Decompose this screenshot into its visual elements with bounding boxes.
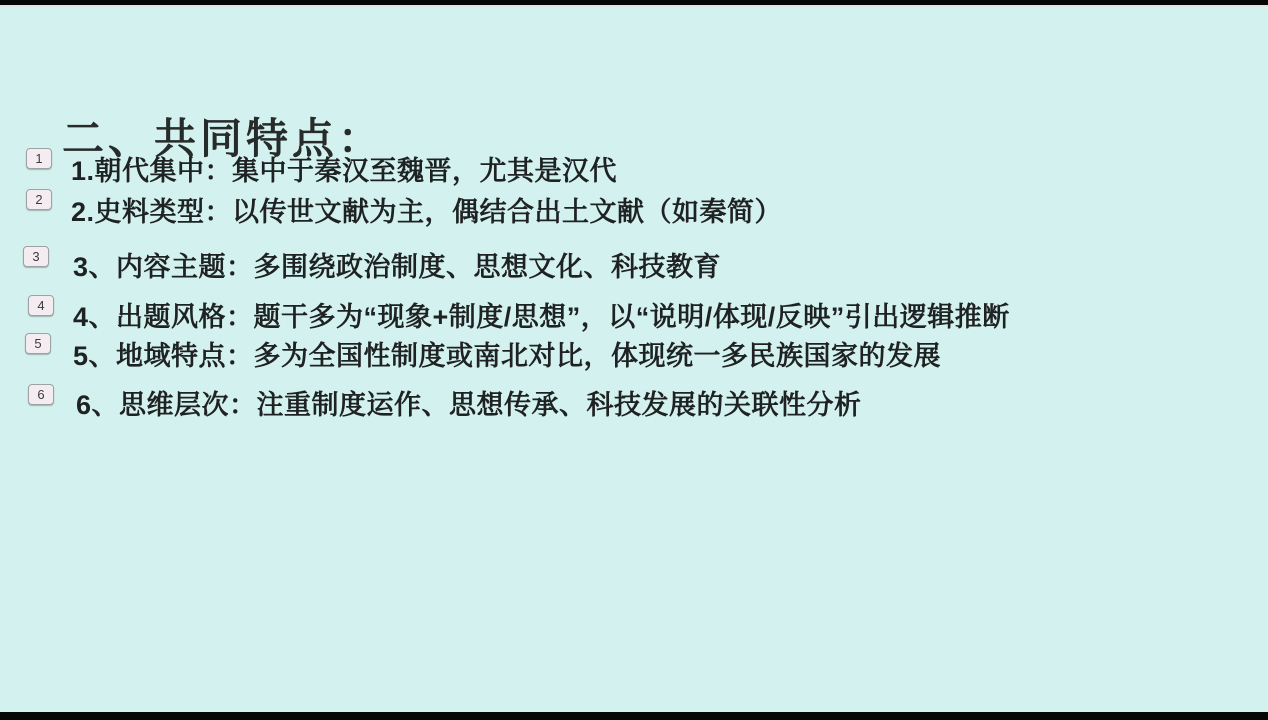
annotation-marker-1[interactable]: 1 — [26, 148, 52, 169]
annotation-marker-3[interactable]: 3 — [23, 246, 49, 267]
top-edge-highlight — [0, 5, 1268, 7]
annotation-marker-4[interactable]: 4 — [28, 295, 54, 316]
annotation-marker-2[interactable]: 2 — [26, 189, 52, 210]
list-item-5: 5、地域特点：多为全国性制度或南北对比，体现统一多民族国家的发展 — [73, 334, 941, 373]
annotation-marker-6[interactable]: 6 — [28, 384, 54, 405]
list-item-4: 4、出题风格：题干多为“现象+制度/思想”，以“说明/体现/反映”引出逻辑推断 — [73, 295, 1010, 334]
list-item-6: 6、思维层次：注重制度运作、思想传承、科技发展的关联性分析 — [76, 383, 862, 422]
list-item-3: 3、内容主题：多围绕政治制度、思想文化、科技教育 — [73, 245, 721, 284]
letterbox-bottom-bar — [0, 712, 1268, 720]
list-item-1: 1.朝代集中：集中于秦汉至魏晋，尤其是汉代 — [71, 149, 617, 188]
list-item-2: 2.史料类型：以传世文献为主，偶结合出土文献（如秦简） — [71, 190, 782, 229]
slide-canvas: 二、共同特点： 1 2 3 4 5 6 1.朝代集中：集中于秦汉至魏晋，尤其是汉… — [0, 0, 1268, 720]
annotation-marker-5[interactable]: 5 — [25, 333, 51, 354]
